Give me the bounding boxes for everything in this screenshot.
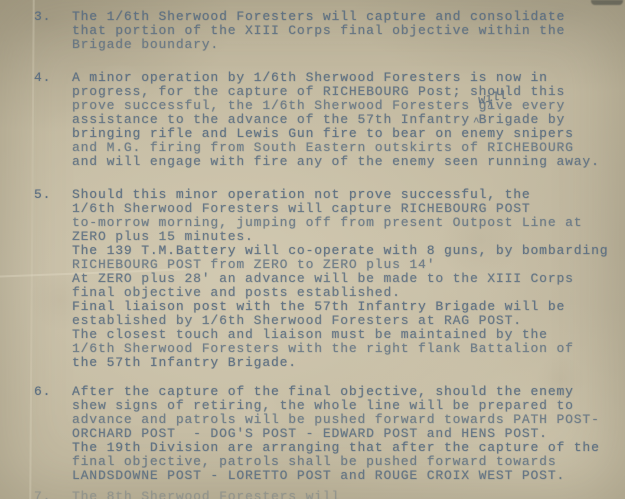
order-paragraph-4: 4. will ^ ^ A minor operation by 1/6th S…	[0, 71, 625, 169]
paragraph-number: 3.	[34, 10, 51, 24]
typed-line: Final liaison post with the 57th Infantr…	[72, 300, 625, 314]
typed-line: and will engage with fire any of the ene…	[72, 155, 625, 169]
typed-line: that portion of the XIII Corps final obj…	[72, 24, 625, 38]
typed-line: assistance to the advance of the 57th In…	[72, 113, 625, 127]
paragraph-number: 6.	[34, 385, 51, 399]
typed-line: Should this minor operation not prove su…	[72, 188, 625, 202]
typed-line: The closest touch and liaison must be ma…	[72, 328, 625, 342]
paragraph-number: 4.	[34, 71, 51, 85]
typed-line: 1/6th Sherwood Foresters will capture RI…	[72, 202, 625, 216]
typed-line: progress, for the capture of RICHEBOURG …	[72, 85, 625, 99]
typed-line: After the capture of the final objective…	[72, 385, 625, 399]
paragraph-lines: Should this minor operation not prove su…	[72, 188, 625, 370]
paragraph-lines: A minor operation by 1/6th Sherwood Fore…	[72, 71, 625, 169]
typed-line: The 1/6th Sherwood Foresters will captur…	[72, 10, 625, 24]
typed-line: The 8th Sherwood Foresters will	[72, 490, 625, 499]
typed-line: At ZERO plus 28' an advance will be made…	[72, 272, 625, 286]
typed-line: and M.G. firing from South Eastern outsk…	[72, 141, 625, 155]
typed-line: ORCHARD POST - DOG'S POST - EDWARD POST …	[72, 427, 625, 441]
typed-line: established by 1/6th Sherwood Foresters …	[72, 314, 625, 328]
typed-line: final objective and posts established.	[72, 286, 625, 300]
paragraph-lines: The 8th Sherwood Foresters will	[72, 490, 625, 499]
typed-line: A minor operation by 1/6th Sherwood Fore…	[72, 71, 625, 85]
document-page: 3. The 1/6th Sherwood Foresters will cap…	[0, 0, 625, 499]
order-paragraph-5: 5. Should this minor operation not prove…	[0, 188, 625, 370]
paragraph-lines: The 1/6th Sherwood Foresters will captur…	[72, 10, 625, 52]
typed-line: The 139 T.M.Battery will co-operate with…	[72, 244, 625, 258]
order-paragraph-6: 6. After the capture of the final object…	[0, 385, 625, 483]
typed-line: bringing rifle and Lewis Gun fire to bea…	[72, 127, 625, 141]
typed-line: final objective, patrols shall be pushed…	[72, 455, 625, 469]
typed-line: shew signs of retiring, the whole line w…	[72, 399, 625, 413]
typed-line: Brigade boundary.	[72, 38, 625, 52]
typed-line: the 57th Infantry Brigade.	[72, 356, 625, 370]
typed-line: The 19th Division are arranging that aft…	[72, 441, 625, 455]
order-paragraph-7-cutoff: 7. The 8th Sherwood Foresters will	[0, 490, 625, 499]
typed-line: advance and patrols will be pushed forwa…	[72, 413, 625, 427]
typed-line: to-morrow morning, jumping off from pres…	[72, 216, 625, 230]
paragraph-lines: After the capture of the final objective…	[72, 385, 625, 483]
typed-line: 1/6th Sherwood Foresters with the right …	[72, 342, 625, 356]
typed-line: prove successful, the 1/6th Sherwood For…	[72, 99, 625, 113]
typed-line: RICHEBOURG POST from ZERO to ZERO plus 1…	[72, 258, 625, 272]
paragraph-number: 5.	[34, 188, 51, 202]
paragraph-number: 7.	[34, 490, 51, 499]
typed-line: LANDSDOWNE POST - LORETTO POST and ROUGE…	[72, 469, 625, 483]
typewritten-text-block: 3. The 1/6th Sherwood Foresters will cap…	[0, 0, 625, 499]
typed-line: ZERO plus 15 minutes.	[72, 230, 625, 244]
order-paragraph-3: 3. The 1/6th Sherwood Foresters will cap…	[0, 10, 625, 52]
